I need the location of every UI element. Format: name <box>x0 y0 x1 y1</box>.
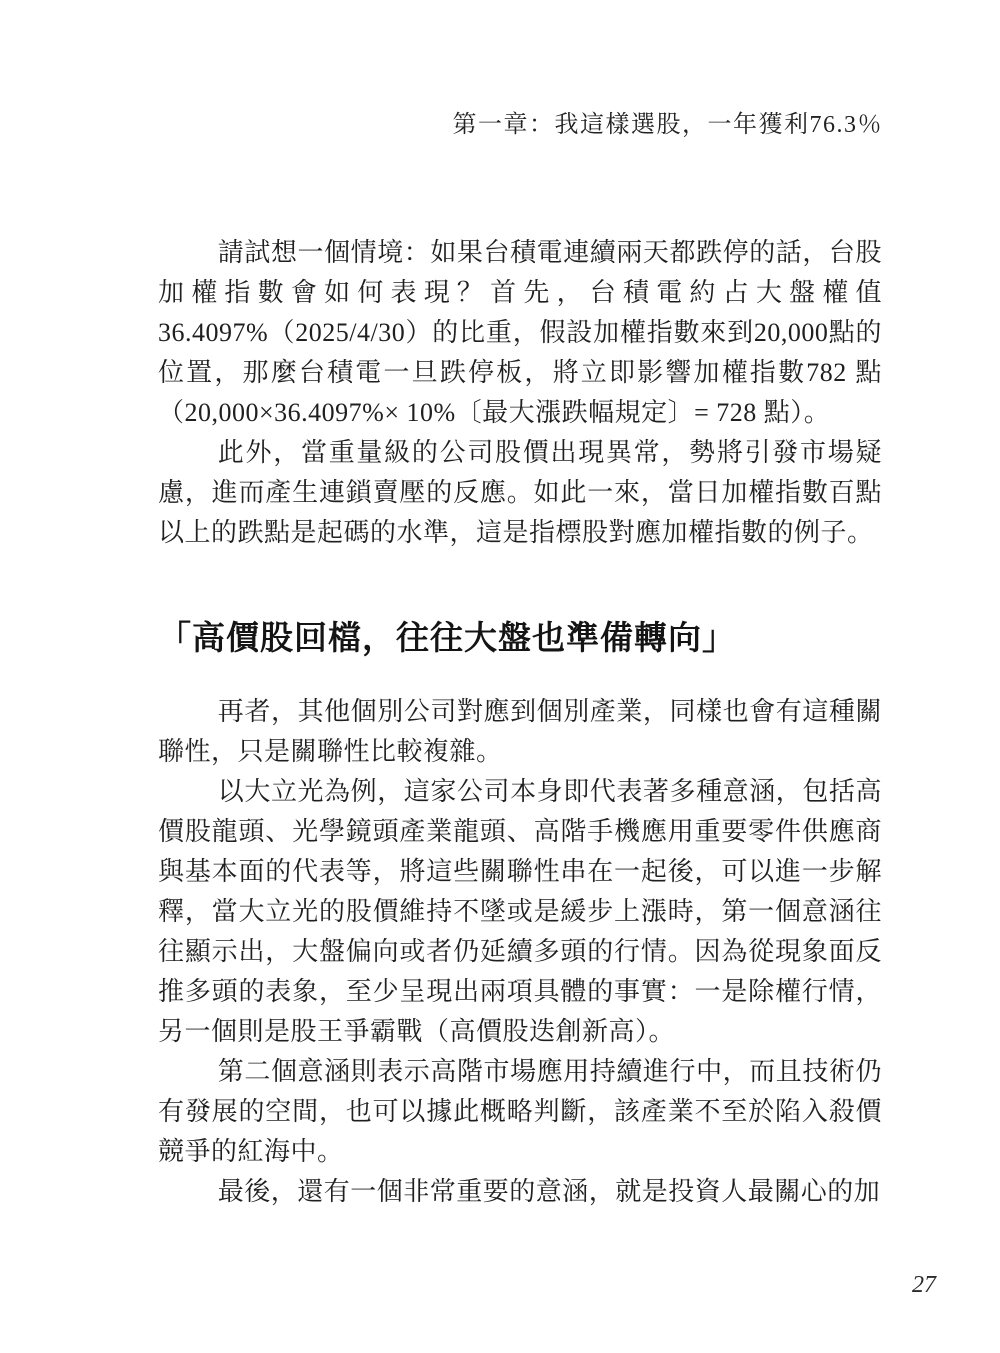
paragraph-final-meaning: 最後，還有一個非常重要的意涵，就是投資人最關心的加 <box>158 1172 882 1212</box>
section-heading: 「高價股回檔，往往大盤也準備轉向」 <box>158 616 882 662</box>
paragraph-largan-example: 以大立光為例，這家公司本身即代表著多種意涵，包括高價股龍頭、光學鏡頭產業龍頭、高… <box>158 772 882 1052</box>
paragraph-second-meaning: 第二個意涵則表示高階市場應用持續進行中，而且技術仍有發展的空間，也可以據此概略判… <box>158 1052 882 1172</box>
paragraph-market-doubt: 此外，當重量級的公司股價出現異常，勢將引發市場疑慮，進而產生連鎖賣壓的反應。如此… <box>158 433 882 553</box>
book-page: 第一章：我這樣選股，一年獲利76.3％ 請試想一個情境：如果台積電連續兩天都跌停… <box>0 0 1000 1353</box>
paragraph-other-companies: 再者，其他個別公司對應到個別產業，同樣也會有這種關聯性，只是關聯性比較複雜。 <box>158 692 882 772</box>
page-body: 請試想一個情境：如果台積電連續兩天都跌停的話，台股加權指數會如何表現？首先，台積… <box>158 233 882 1212</box>
page-number: 27 <box>912 1272 936 1299</box>
paragraph-tsmc-scenario: 請試想一個情境：如果台積電連續兩天都跌停的話，台股加權指數會如何表現？首先，台積… <box>158 233 882 433</box>
running-head: 第一章：我這樣選股，一年獲利76.3％ <box>453 104 884 139</box>
